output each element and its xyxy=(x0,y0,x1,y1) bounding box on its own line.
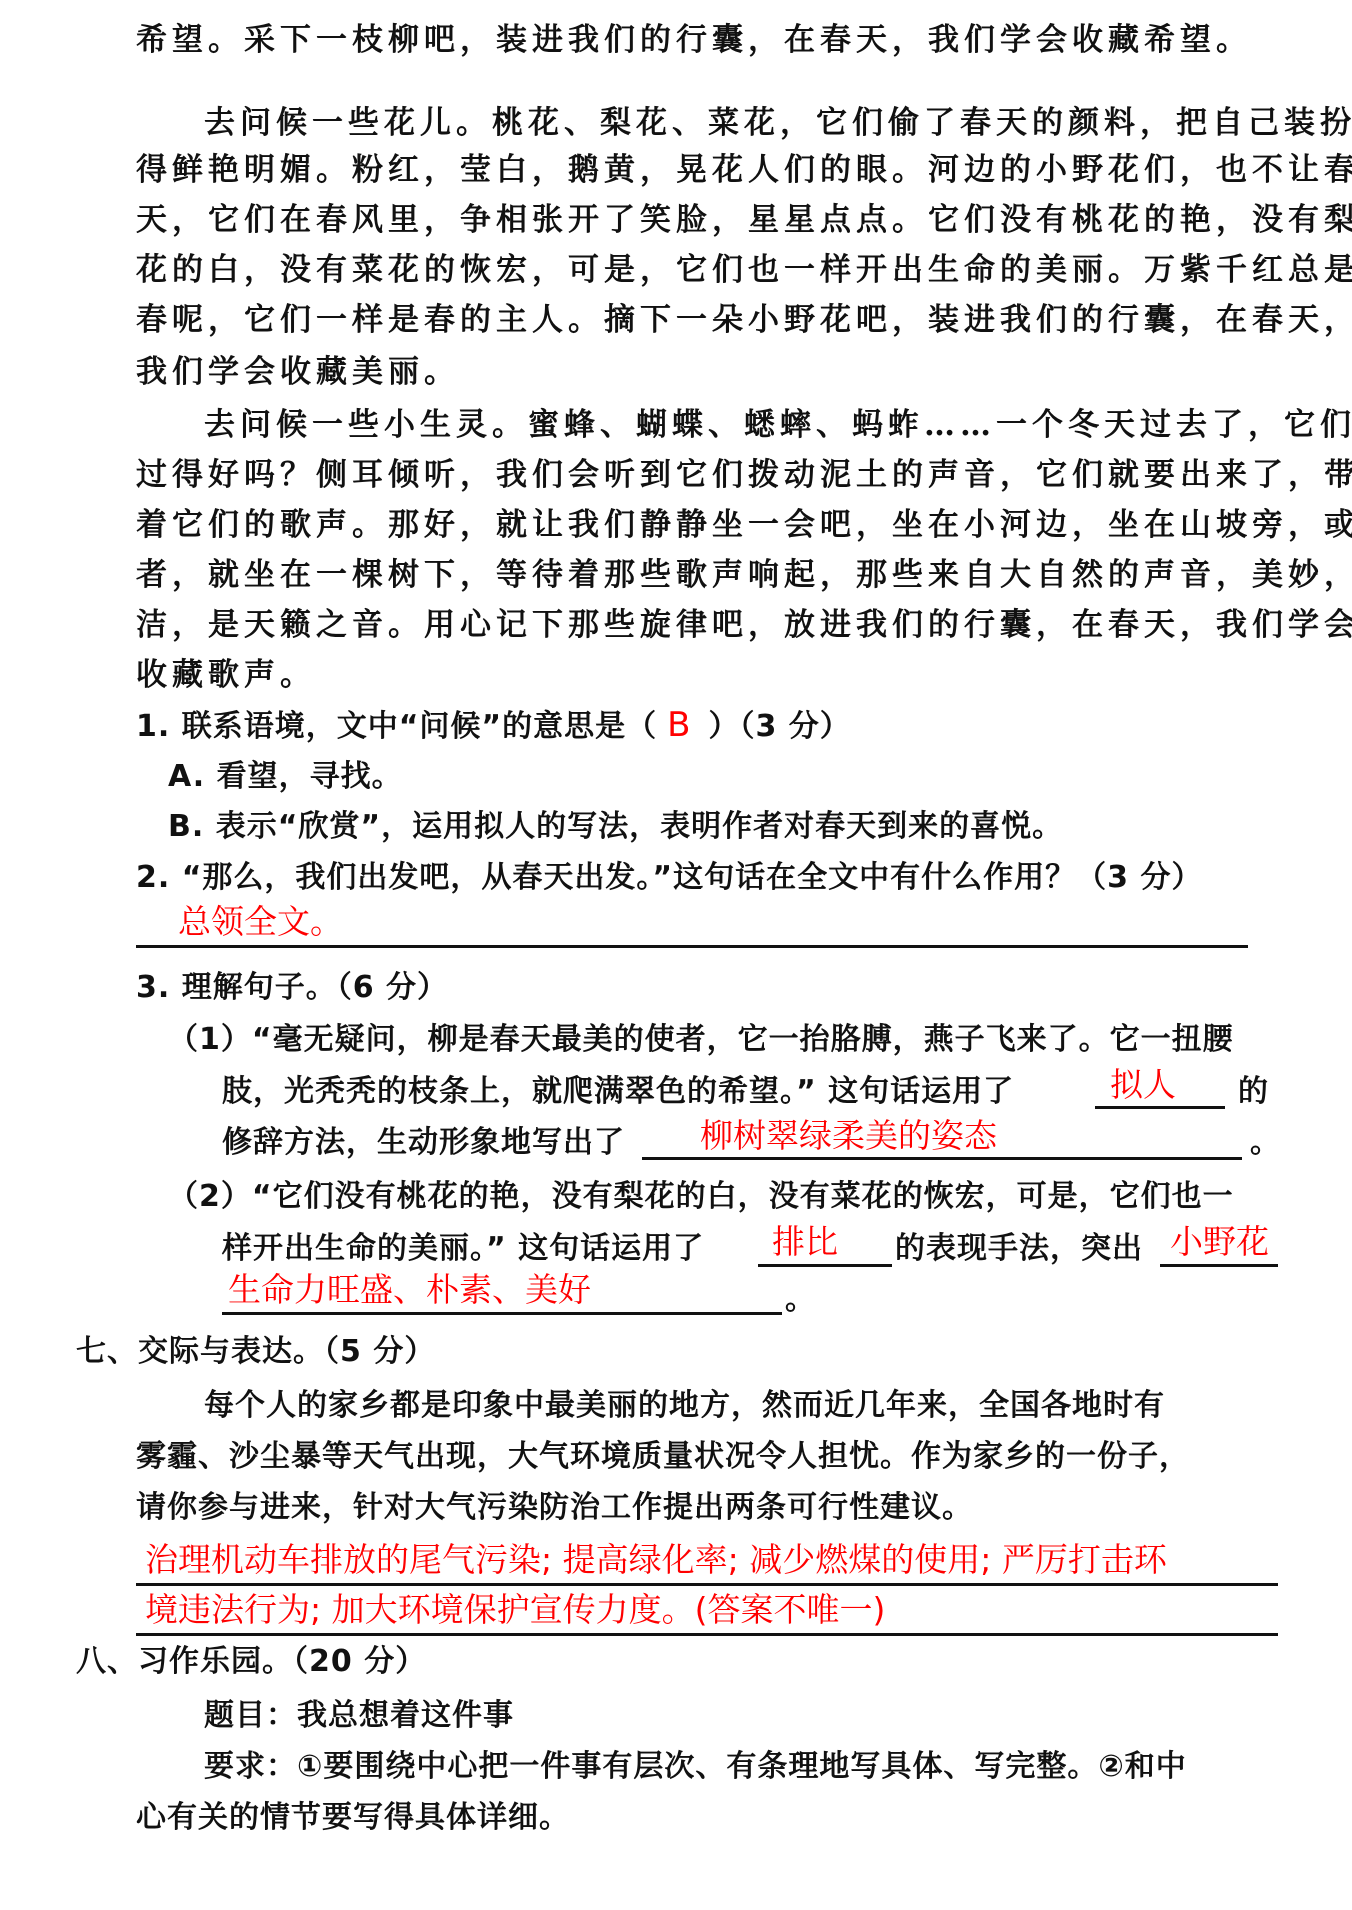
passage-line: 着它们的歌声。那好，就让我们静静坐一会吧，坐在小河边，坐在山坡旁，或 xyxy=(136,505,1352,545)
section-7-answer-line2: 境违法行为; 加大环境保护宣传力度。(答案不唯一) xyxy=(145,1590,885,1630)
passage-line: 天，它们在春风里，争相张开了笑脸，星星点点。它们没有桃花的艳，没有梨 xyxy=(136,200,1352,240)
answer-underline xyxy=(1095,1106,1225,1109)
section-7-line: 雾霾、沙尘暴等天气出现，大气环境质量状况令人担忧。作为家乡的一份子， xyxy=(136,1437,1190,1477)
question-3-2-line2: 样开出生命的美丽。” 这句话运用了 xyxy=(222,1229,704,1269)
question-1-answer: B xyxy=(657,705,708,745)
passage-line: 我们学会收藏美丽。 xyxy=(136,352,460,392)
answer-underline xyxy=(758,1264,892,1267)
question-1-score: ）（3 分） xyxy=(708,709,850,744)
passage-line: 者，就坐在一棵树下，等待着那些歌声响起，那些来自大自然的声音，美妙，纯 xyxy=(136,555,1352,595)
question-3-2-line2-mid: 的表现手法，突出 xyxy=(895,1229,1143,1269)
question-3-1-line1: （1）“毫无疑问，柳是春天最美的使者，它一抬胳膊，燕子飞来了。它一扭腰 xyxy=(168,1020,1234,1060)
question-3-2-answer-3: 生命力旺盛、朴素、美好 xyxy=(228,1270,591,1310)
passage-line: 得鲜艳明媚。粉红，莹白，鹅黄，晃花人们的眼。河边的小野花们，也不让春 xyxy=(136,150,1352,190)
section-8-heading: 八、习作乐园。（20 分） xyxy=(76,1642,426,1682)
section-7-heading: 七、交际与表达。（5 分） xyxy=(76,1332,435,1372)
question-3-1-line3: 修辞方法，生动形象地写出了 xyxy=(222,1123,625,1163)
question-1: 1. 联系语境，文中“问候”的意思是（B）（3 分） xyxy=(136,705,851,747)
question-2-answer: 总领全文。 xyxy=(178,902,343,942)
passage-line: 花的白，没有菜花的恢宏，可是，它们也一样开出生命的美丽。万紫千红总是 xyxy=(136,250,1352,290)
passage-line: 过得好吗？侧耳倾听，我们会听到它们拨动泥土的声音，它们就要出来了，带 xyxy=(136,455,1352,495)
essay-requirement-line1: 要求：①要围绕中心把一件事有层次、有条理地写具体、写完整。②和中 xyxy=(204,1747,1187,1787)
passage-line: 去问候一些花儿。桃花、梨花、菜花，它们偷了春天的颜料，把自己装扮 xyxy=(204,103,1352,143)
section-7-line: 请你参与进来，针对大气污染防治工作提出两条可行性建议。 xyxy=(136,1488,973,1528)
option-b: B. 表示“欣赏”，运用拟人的写法，表明作者对春天到来的喜悦。 xyxy=(168,807,1063,847)
section-7-answer-line1: 治理机动车排放的尾气污染; 提高绿化率; 减少燃煤的使用; 严厉打击环 xyxy=(145,1540,1167,1580)
question-3-2-answer-1: 排比 xyxy=(772,1222,838,1262)
answer-underline xyxy=(136,1633,1278,1636)
question-2-stem: 2. “那么，我们出发吧，从春天出发。”这句话在全文中有什么作用？（3 分） xyxy=(136,858,1202,898)
question-3-2-line3-end: 。 xyxy=(785,1280,816,1320)
worksheet-page: 希望。采下一枝柳吧，装进我们的行囊，在春天，我们学会收藏希望。 去问候一些花儿。… xyxy=(0,0,1352,1910)
question-3-1-answer-1: 拟人 xyxy=(1110,1065,1176,1105)
question-3-1-answer-2: 柳树翠绿柔美的姿态 xyxy=(700,1116,997,1156)
essay-title: 题目：我总想着这件事 xyxy=(204,1696,514,1736)
question-1-stem: 1. 联系语境，文中“问候”的意思是（ xyxy=(136,709,657,744)
passage-line: 春呢，它们一样是春的主人。摘下一朵小野花吧，装进我们的行囊，在春天， xyxy=(136,300,1352,340)
question-3-1-line3-end: 。 xyxy=(1250,1123,1281,1163)
answer-underline xyxy=(642,1157,1242,1160)
passage-line: 收藏歌声。 xyxy=(136,655,316,695)
question-3-2-line1: （2）“它们没有桃花的艳，没有梨花的白，没有菜花的恢宏，可是，它们也一 xyxy=(168,1177,1234,1217)
question-3-1-line2-end: 的 xyxy=(1238,1072,1269,1112)
passage-line: 洁，是天籁之音。用心记下那些旋律吧，放进我们的行囊，在春天，我们学会 xyxy=(136,605,1352,645)
option-a: A. 看望，寻找。 xyxy=(168,757,403,797)
section-7-line: 每个人的家乡都是印象中最美丽的地方，然而近几年来，全国各地时有 xyxy=(204,1386,1165,1426)
passage-line: 希望。采下一枝柳吧，装进我们的行囊，在春天，我们学会收藏希望。 xyxy=(136,20,1252,60)
question-3-stem: 3. 理解句子。（6 分） xyxy=(136,968,448,1008)
answer-underline xyxy=(222,1312,782,1315)
answer-underline xyxy=(136,1583,1278,1586)
answer-underline xyxy=(136,945,1248,948)
answer-underline xyxy=(1160,1264,1278,1267)
question-3-1-line2: 肢，光秃秃的枝条上，就爬满翠色的希望。” 这句话运用了 xyxy=(222,1072,1014,1112)
passage-line: 去问候一些小生灵。蜜蜂、蝴蝶、蟋蟀、蚂蚱……一个冬天过去了，它们 xyxy=(204,405,1352,445)
question-3-2-answer-2: 小野花 xyxy=(1170,1222,1269,1262)
essay-requirement-line2: 心有关的情节要写得具体详细。 xyxy=(136,1798,570,1838)
